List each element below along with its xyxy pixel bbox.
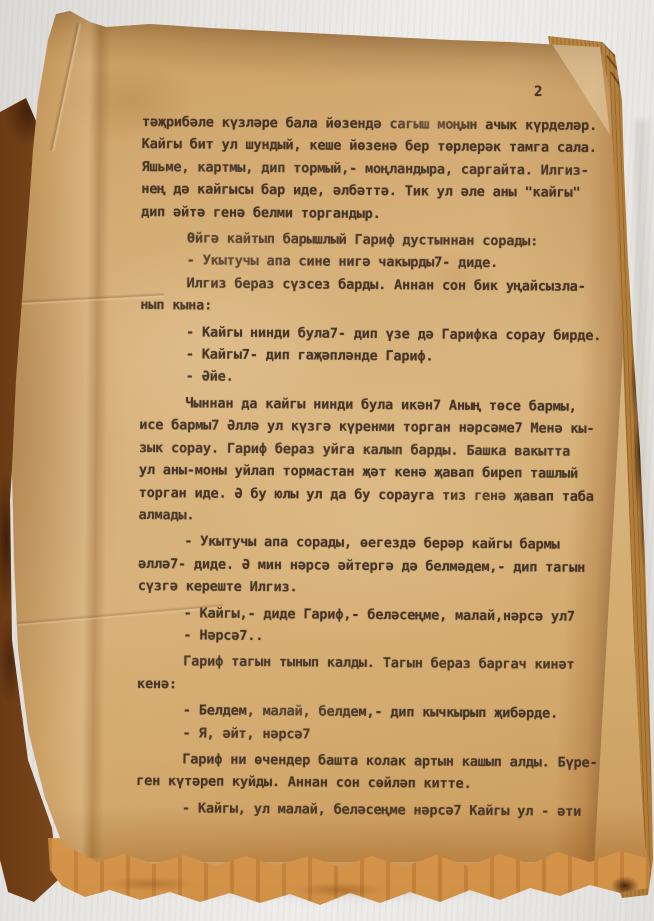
text-line: - Я, әйт, нәрсә7 <box>136 722 616 749</box>
text-line: Илгиз бераз сүзсез барды. Аннан сон бик … <box>140 272 620 299</box>
text-line: кенә: <box>137 673 617 700</box>
text-line: - Нәрсә7.. <box>137 624 617 651</box>
text-line: сүзгә кереште Илгиз. <box>138 575 618 602</box>
text-line: - Кайгы, ул малай, беләсеңме нәрсә7 Кайг… <box>136 797 616 824</box>
text-line: дип әйтә генә белми торгандыр. <box>141 201 621 228</box>
text-line: алмады. <box>138 504 618 531</box>
page-number: 2 <box>534 84 542 100</box>
stacked-page-corner-line <box>606 55 622 75</box>
stacked-page-corner-line <box>602 41 621 62</box>
text-line: ген күтәреп куйды. Аннан сон сөйләп китт… <box>136 770 616 797</box>
photo-backdrop: 2 тәҗрибәле күзләре бала йөзендә сагыш м… <box>0 0 654 921</box>
document-page: 2 тәҗрибәле күзләре бала йөзендә сагыш м… <box>0 0 654 921</box>
text-line: - Әйе. <box>140 365 620 392</box>
stacked-page-corner-line <box>610 71 624 90</box>
typewritten-text: тәҗрибәле күзләре бала йөзендә сагыш моң… <box>136 111 622 823</box>
text-line: торган иде. Ә бу юлы ул да бу сорауга ти… <box>139 481 619 508</box>
text-line: Гариф тагын тынып калды. Тагын бераз бар… <box>137 650 617 677</box>
text-line: нып кына: <box>140 294 620 321</box>
